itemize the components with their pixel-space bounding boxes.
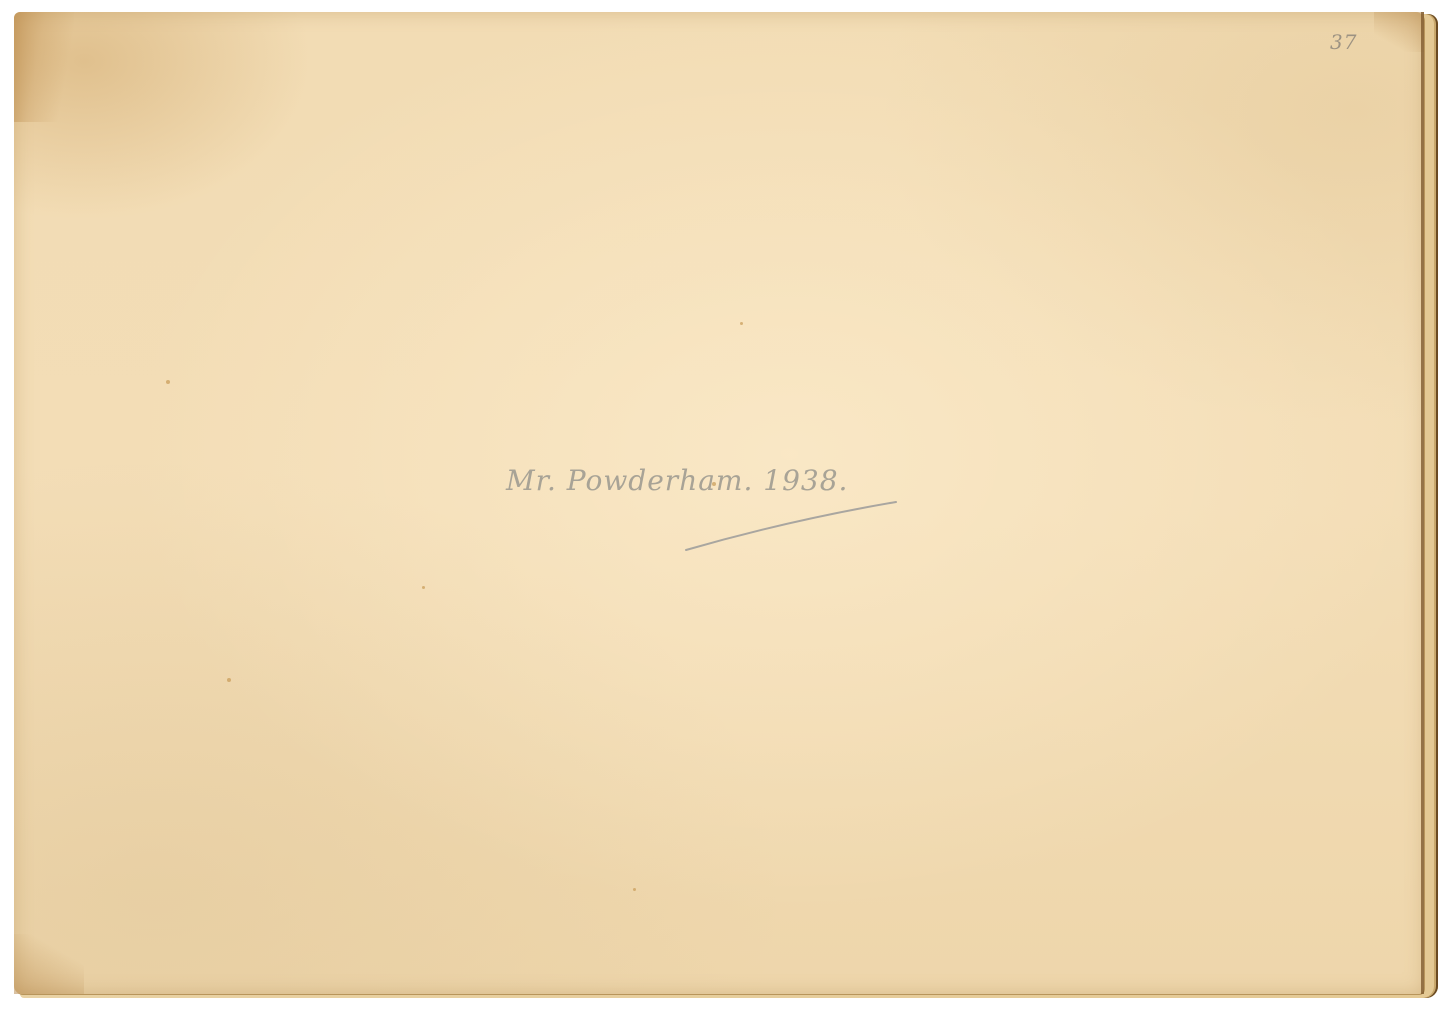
foxing-spot xyxy=(227,678,231,682)
corner-stain-bottom-left xyxy=(14,934,84,994)
foxing-spot xyxy=(166,380,170,384)
pencil-inscription: Mr. Powderham. 1938. xyxy=(506,464,848,497)
foxing-spot xyxy=(712,482,716,486)
foxing-spot xyxy=(740,322,743,325)
corner-stain-top-left xyxy=(14,12,74,122)
card-sheet xyxy=(14,12,1424,994)
foxing-spot xyxy=(633,888,636,891)
scan-stage: 37 Mr. Powderham. 1938. xyxy=(0,0,1452,1010)
sheet-edge-right xyxy=(1421,12,1424,994)
foxing-spot xyxy=(422,586,425,589)
corner-stain-top-right xyxy=(1374,12,1424,52)
folio-number: 37 xyxy=(1330,30,1357,54)
